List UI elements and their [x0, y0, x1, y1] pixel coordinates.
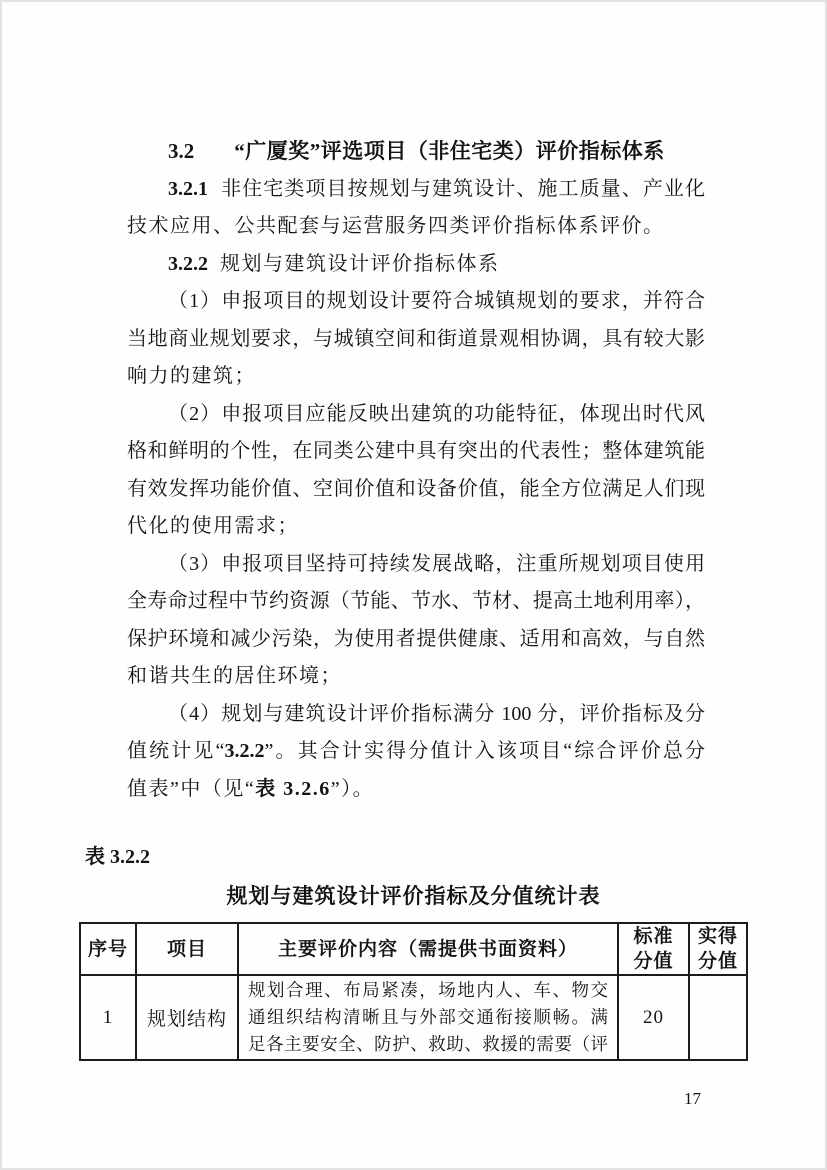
table-label: 表 3.2.2 — [85, 845, 150, 869]
paragraph-line: 和谐共生的居住环境； — [127, 658, 705, 696]
cell-no: 1 — [80, 975, 136, 1060]
clause-number: 3.2.1 — [168, 178, 208, 200]
cell-actual-score — [689, 975, 747, 1060]
cell-item: 规划结构 — [136, 975, 238, 1060]
paragraph-line: 响力的建筑； — [127, 358, 705, 396]
evaluation-table: 序号 项目 主要评价内容（需提供书面资料） 标准 分值 实得 分值 1 规划结构… — [79, 922, 748, 1061]
paragraph-line: 全寿命过程中节约资源（节能、节水、节材、提高土地利用率）， — [127, 583, 705, 621]
cell-content-line: 规划合理、布局紧凑，场地内人、车、物交 — [248, 977, 608, 1004]
section-heading: 3.2“广厦奖”评选项目（非住宅类）评价指标体系 — [127, 133, 705, 171]
table-reference: 表 3.2.6 — [255, 778, 331, 800]
header-cell-no: 序号 — [80, 923, 136, 975]
header-cell-item: 项目 — [136, 923, 238, 975]
paragraph-3-2-1: 3.2.1非住宅类项目按规划与建筑设计、施工质量、产业化 技术应用、公共配套与运… — [127, 171, 705, 246]
table-reference: 3.2.2 — [224, 740, 264, 762]
clause-3: （3）申报项目坚持可持续发展战略，注重所规划项目使用 全寿命过程中节约资源（节能… — [127, 546, 705, 696]
clause-1: （1）申报项目的规划设计要符合城镇规划的要求，并符合 当地商业规划要求，与城镇空… — [127, 283, 705, 396]
clause-number: 3.2.2 — [168, 253, 208, 275]
paragraph-line: 3.2.2规划与建筑设计评价指标体系 — [127, 246, 705, 284]
paragraph-line: （4）规划与建筑设计评价指标满分 100 分，评价指标及分 — [127, 696, 705, 734]
paragraph-line: 值统计见“3.2.2”。其合计实得分值计入该项目“综合评价总分 — [127, 733, 705, 771]
cell-content-line: 通组织结构清晰且与外部交通衔接顺畅。满 — [248, 1004, 608, 1031]
paragraph-line: 保护环境和减少污染，为使用者提供健康、适用和高效，与自然 — [127, 621, 705, 659]
header-cell-actual-score: 实得 分值 — [689, 923, 747, 975]
table-title: 规划与建筑设计评价指标及分值统计表 — [0, 883, 827, 909]
section-title: “广厦奖”评选项目（非住宅类）评价指标体系 — [234, 139, 665, 163]
text-body: 3.2“广厦奖”评选项目（非住宅类）评价指标体系 3.2.1非住宅类项目按规划与… — [127, 133, 705, 808]
paragraph-3-2-2: 3.2.2规划与建筑设计评价指标体系 — [127, 246, 705, 284]
cell-content-line: 足各主要安全、防护、救助、救援的需要（评 — [248, 1031, 608, 1058]
paragraph-line: 格和鲜明的个性，在同类公建中具有突出的代表性；整体建筑能 — [127, 433, 705, 471]
paragraph-line: 当地商业规划要求，与城镇空间和街道景观相协调，具有较大影 — [127, 321, 705, 359]
paragraph-line: 代化的使用需求； — [127, 508, 705, 546]
clause-2: （2）申报项目应能反映出建筑的功能特征，体现出时代风 格和鲜明的个性，在同类公建… — [127, 396, 705, 546]
paragraph-line: （3）申报项目坚持可持续发展战略，注重所规划项目使用 — [127, 546, 705, 584]
header-cell-standard-score: 标准 分值 — [618, 923, 689, 975]
paragraph-line: （1）申报项目的规划设计要符合城镇规划的要求，并符合 — [127, 283, 705, 321]
section-number: 3.2 — [168, 139, 194, 163]
page-number: 17 — [684, 1089, 701, 1109]
paragraph-line: 值表”中（见“表 3.2.6”）。 — [127, 771, 705, 809]
table-header-row: 序号 项目 主要评价内容（需提供书面资料） 标准 分值 实得 分值 — [80, 923, 747, 975]
cell-standard-score: 20 — [618, 975, 689, 1060]
paragraph-line: 有效发挥功能价值、空间价值和设备价值，能全方位满足人们现 — [127, 471, 705, 509]
header-cell-content: 主要评价内容（需提供书面资料） — [238, 923, 618, 975]
paragraph-line: 技术应用、公共配套与运营服务四类评价指标体系评价。 — [127, 208, 705, 246]
paragraph-line: （2）申报项目应能反映出建筑的功能特征，体现出时代风 — [127, 396, 705, 434]
paragraph-line: 3.2.1非住宅类项目按规划与建筑设计、施工质量、产业化 — [127, 171, 705, 209]
table-row: 1 规划结构 规划合理、布局紧凑，场地内人、车、物交 通组织结构清晰且与外部交通… — [80, 975, 747, 1060]
cell-content: 规划合理、布局紧凑，场地内人、车、物交 通组织结构清晰且与外部交通衔接顺畅。满 … — [238, 975, 618, 1060]
clause-4: （4）规划与建筑设计评价指标满分 100 分，评价指标及分 值统计见“3.2.2… — [127, 696, 705, 809]
document-page: 3.2“广厦奖”评选项目（非住宅类）评价指标体系 3.2.1非住宅类项目按规划与… — [0, 0, 827, 1170]
